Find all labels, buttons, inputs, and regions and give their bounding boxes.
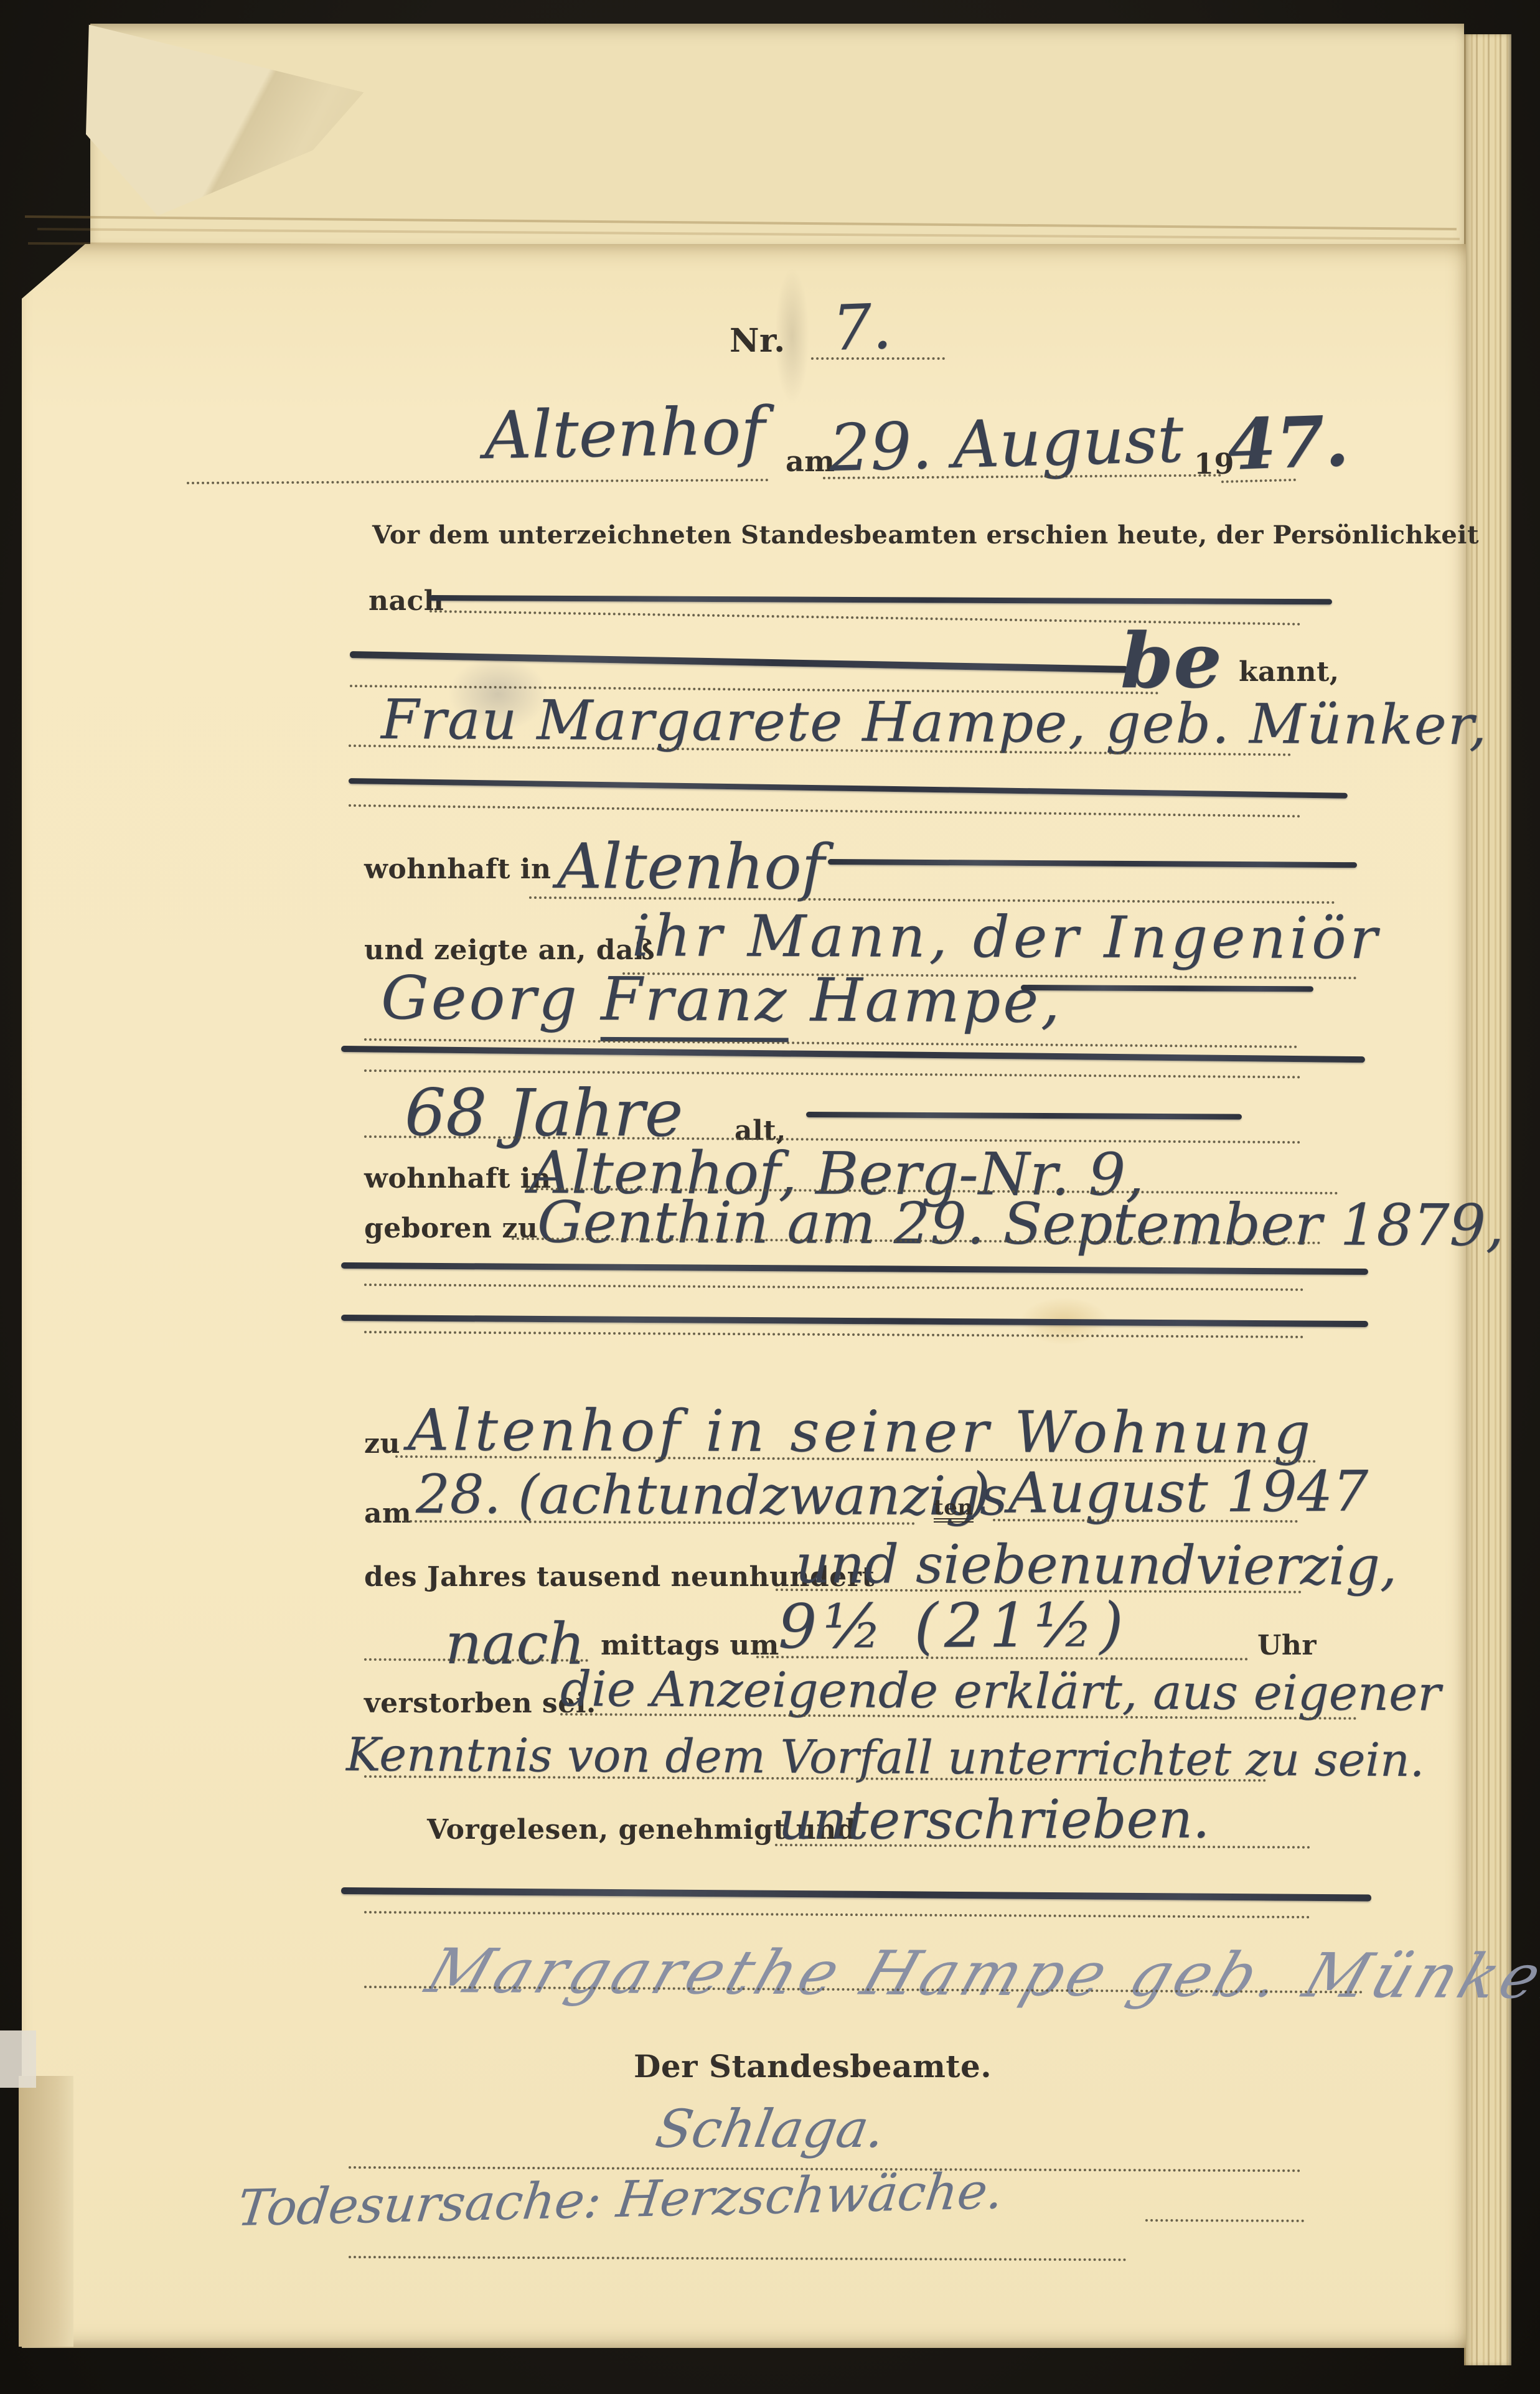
kannt-label: kannt, xyxy=(1239,659,1340,686)
unterschrieben-written: unterschrieben. xyxy=(778,1793,1210,1847)
registrar-label: Der Standesbeamte. xyxy=(634,2051,992,2082)
death-year-written: und siebenundvierzig, xyxy=(796,1537,1397,1593)
birth-value: Genthin am 29. September 1879, xyxy=(537,1194,1504,1254)
binding-gutter xyxy=(19,2076,73,2347)
wohnhaft-label-2: wohnhaft in xyxy=(364,1165,551,1193)
dotted-rule xyxy=(811,357,945,360)
am-label-2: am xyxy=(364,1500,411,1528)
deceased-name-part3: Hampe, xyxy=(789,965,1063,1036)
declaration-line1: die Anzeigende erklärt, aus eigener xyxy=(560,1665,1441,1718)
deceased-name-underlined: Franz xyxy=(601,964,789,1043)
registrar-signature: Schlaga. xyxy=(652,2103,890,2155)
declarant-name: Frau Margarete Hampe, geb. Münker, xyxy=(381,692,1488,753)
place-value: Altenhof xyxy=(484,398,766,469)
main-page xyxy=(22,244,1466,2348)
zu-label: zu xyxy=(364,1430,400,1458)
residence-value-1: Altenhof xyxy=(557,835,825,898)
fore-edge-sliver xyxy=(0,2030,36,2088)
announce-value: ihr Mann, der Ingeniör xyxy=(632,908,1381,967)
deceased-name: Georg Franz Hampe, xyxy=(381,968,1063,1031)
record-number-value: 7. xyxy=(831,296,893,360)
death-place-value: Altenhof in seiner Wohnung xyxy=(408,1402,1314,1462)
death-date-written: 28. (achtundzwanzigs xyxy=(416,1468,1008,1523)
date-value: 29. August xyxy=(829,406,1185,481)
wohnhaft-label-1: wohnhaft in xyxy=(364,856,551,883)
uhr-label: Uhr xyxy=(1257,1632,1317,1659)
death-date-written-2: ) August 1947 xyxy=(969,1464,1369,1522)
intro-line: Vor dem unterzeichneten Standesbeamten e… xyxy=(372,523,1479,548)
time-value: 9½ (21½) xyxy=(778,1595,1130,1658)
record-number-label: Nr. xyxy=(730,325,786,357)
mittags-label: mittags um xyxy=(601,1632,779,1659)
deceased-name-part1: Georg xyxy=(381,963,601,1034)
scanned-register-page: Nr. 7. Altenhof am 29. August 19 47. Vor… xyxy=(0,0,1540,2394)
year-written: 47. xyxy=(1226,406,1350,481)
announce-label: und zeigte an, daß xyxy=(364,937,655,964)
declarant-signature: Margarethe Hampe geb. Münker xyxy=(420,1941,1540,2008)
ten-label: ten xyxy=(934,1497,974,1523)
be-written: be xyxy=(1120,622,1222,698)
am-label: am xyxy=(786,447,835,476)
